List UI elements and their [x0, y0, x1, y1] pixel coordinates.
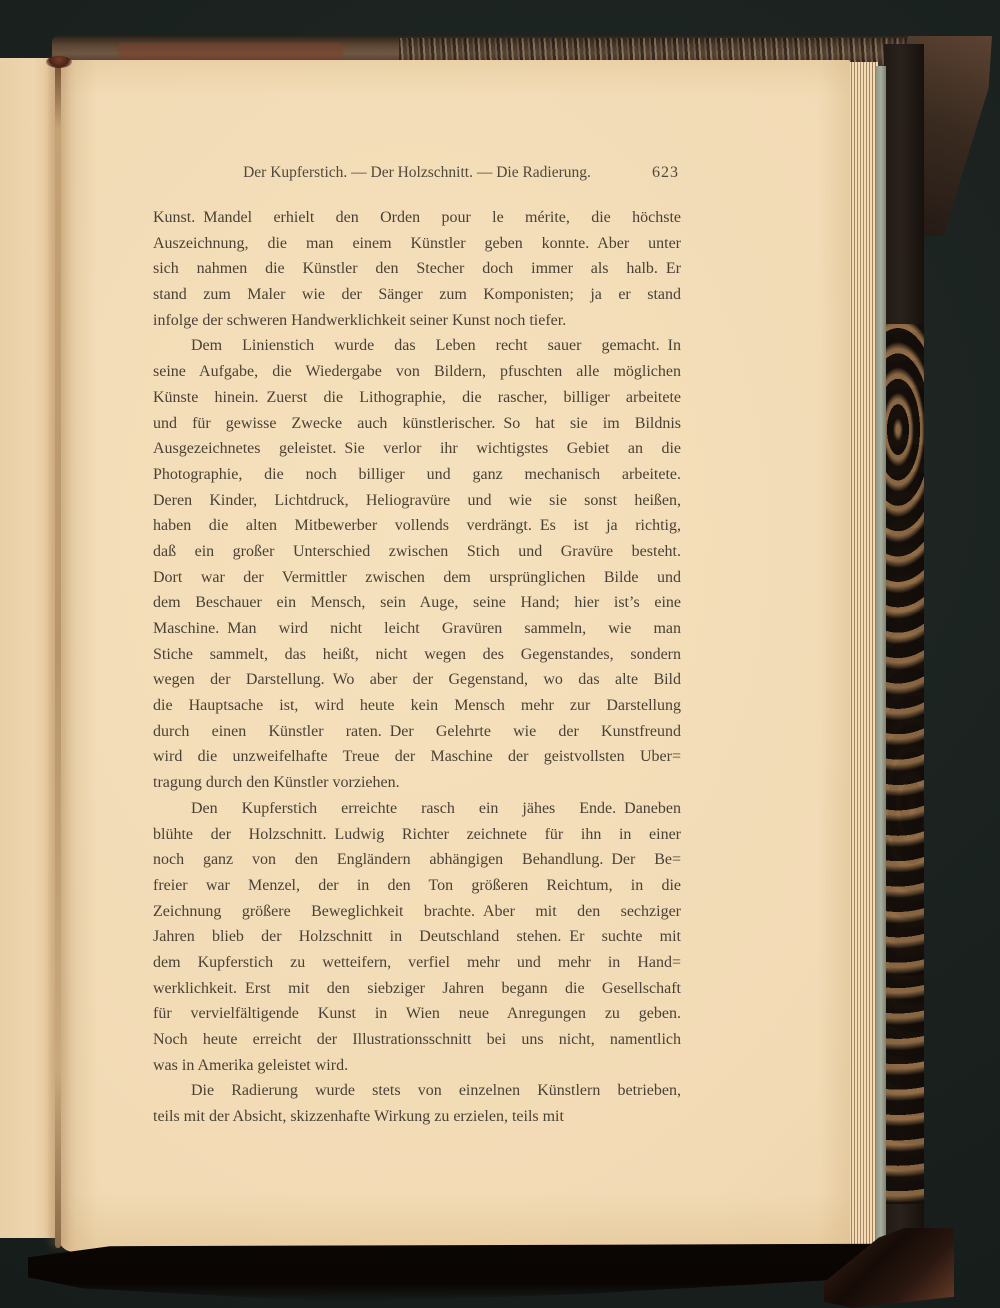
text-line: infolge der schweren Handwerklichkeit se… — [153, 308, 681, 334]
page-text: Kunst. Mandel erhielt den Orden pour le … — [153, 205, 681, 1130]
page-fore-edge — [848, 62, 878, 1252]
text-line: Auszeichnung, die man einem Künstler geb… — [153, 231, 681, 257]
running-header: Der Kupferstich. — Der Holzschnitt. — Di… — [153, 163, 681, 183]
book-cover-right-edge — [884, 44, 924, 1296]
text-line: tragung durch den Künstler vorziehen. — [153, 770, 681, 796]
text-line: wegen der Darstellung. Wo aber der Gegen… — [153, 667, 681, 693]
page-number: 623 — [652, 163, 679, 183]
text-line: Künste hinein. Zuerst die Lithographie, … — [153, 385, 681, 411]
text-line: Den Kupferstich erreichte rasch ein jähe… — [153, 796, 681, 822]
text-line: wird die unzweifelhafte Treue der Maschi… — [153, 744, 681, 770]
text-line: die Hauptsache ist, wird heute kein Mens… — [153, 693, 681, 719]
facing-page — [0, 58, 60, 1238]
text-line: und für gewisse Zwecke auch künstlerisch… — [153, 411, 681, 437]
text-line: Zeichnung größere Beweglichkeit brachte.… — [153, 899, 681, 925]
text-line: blühte der Holzschnitt. Ludwig Richter z… — [153, 822, 681, 848]
text-line: freier war Menzel, der in den Ton größer… — [153, 873, 681, 899]
text-line: Dort war der Vermittler zwischen dem urs… — [153, 565, 681, 591]
text-line: Maschine. Man wird nicht leicht Gravüren… — [153, 616, 681, 642]
text-line: Stiche sammelt, das heißt, nicht wegen d… — [153, 642, 681, 668]
text-line: noch ganz von den Engländern abhängigen … — [153, 847, 681, 873]
text-line: haben die alten Mitbewerber vollends ver… — [153, 513, 681, 539]
marbled-leather-texture — [884, 324, 924, 1204]
text-line: Ausgezeichnetes geleistet. Sie verlor ih… — [153, 436, 681, 462]
text-line: Kunst. Mandel erhielt den Orden pour le … — [153, 205, 681, 231]
text-line: durch einen Künstler raten. Der Gelehrte… — [153, 719, 681, 745]
gutter-crease — [55, 58, 61, 1248]
text-line: Dem Linienstich wurde das Leben recht sa… — [153, 333, 681, 359]
gutter-crease-top — [46, 56, 72, 68]
text-line: Deren Kinder, Lichtdruck, Heliogravüre u… — [153, 488, 681, 514]
text-line: sich nahmen die Künstler den Stecher doc… — [153, 256, 681, 282]
text-line: daß ein großer Unterschied zwischen Stic… — [153, 539, 681, 565]
text-line: Die Radierung wurde stets von einzelnen … — [153, 1078, 681, 1104]
text-line: werklichkeit. Erst mit den siebziger Jah… — [153, 976, 681, 1002]
running-header-title: Der Kupferstich. — Der Holzschnitt. — Di… — [243, 164, 591, 181]
text-line: was in Amerika geleistet wird. — [153, 1053, 681, 1079]
text-line: für vervielfältigende Kunst in Wien neue… — [153, 1001, 681, 1027]
text-line: teils mit der Absicht, skizzenhafte Wirk… — [153, 1104, 681, 1130]
text-line: dem Kupferstich zu wetteifern, verfiel m… — [153, 950, 681, 976]
book-page: Der Kupferstich. — Der Holzschnitt. — Di… — [58, 60, 850, 1252]
text-line: Photographie, die noch billiger und ganz… — [153, 462, 681, 488]
text-line: stand zum Maler wie der Sänger zum Kompo… — [153, 282, 681, 308]
text-line: seine Aufgabe, die Wiedergabe von Bilder… — [153, 359, 681, 385]
endpaper-edge — [876, 66, 886, 1250]
text-line: dem Beschauer ein Mensch, sein Auge, sei… — [153, 590, 681, 616]
text-line: Jahren blieb der Holzschnitt in Deutschl… — [153, 924, 681, 950]
text-line: Noch heute erreicht der Illustrationssch… — [153, 1027, 681, 1053]
